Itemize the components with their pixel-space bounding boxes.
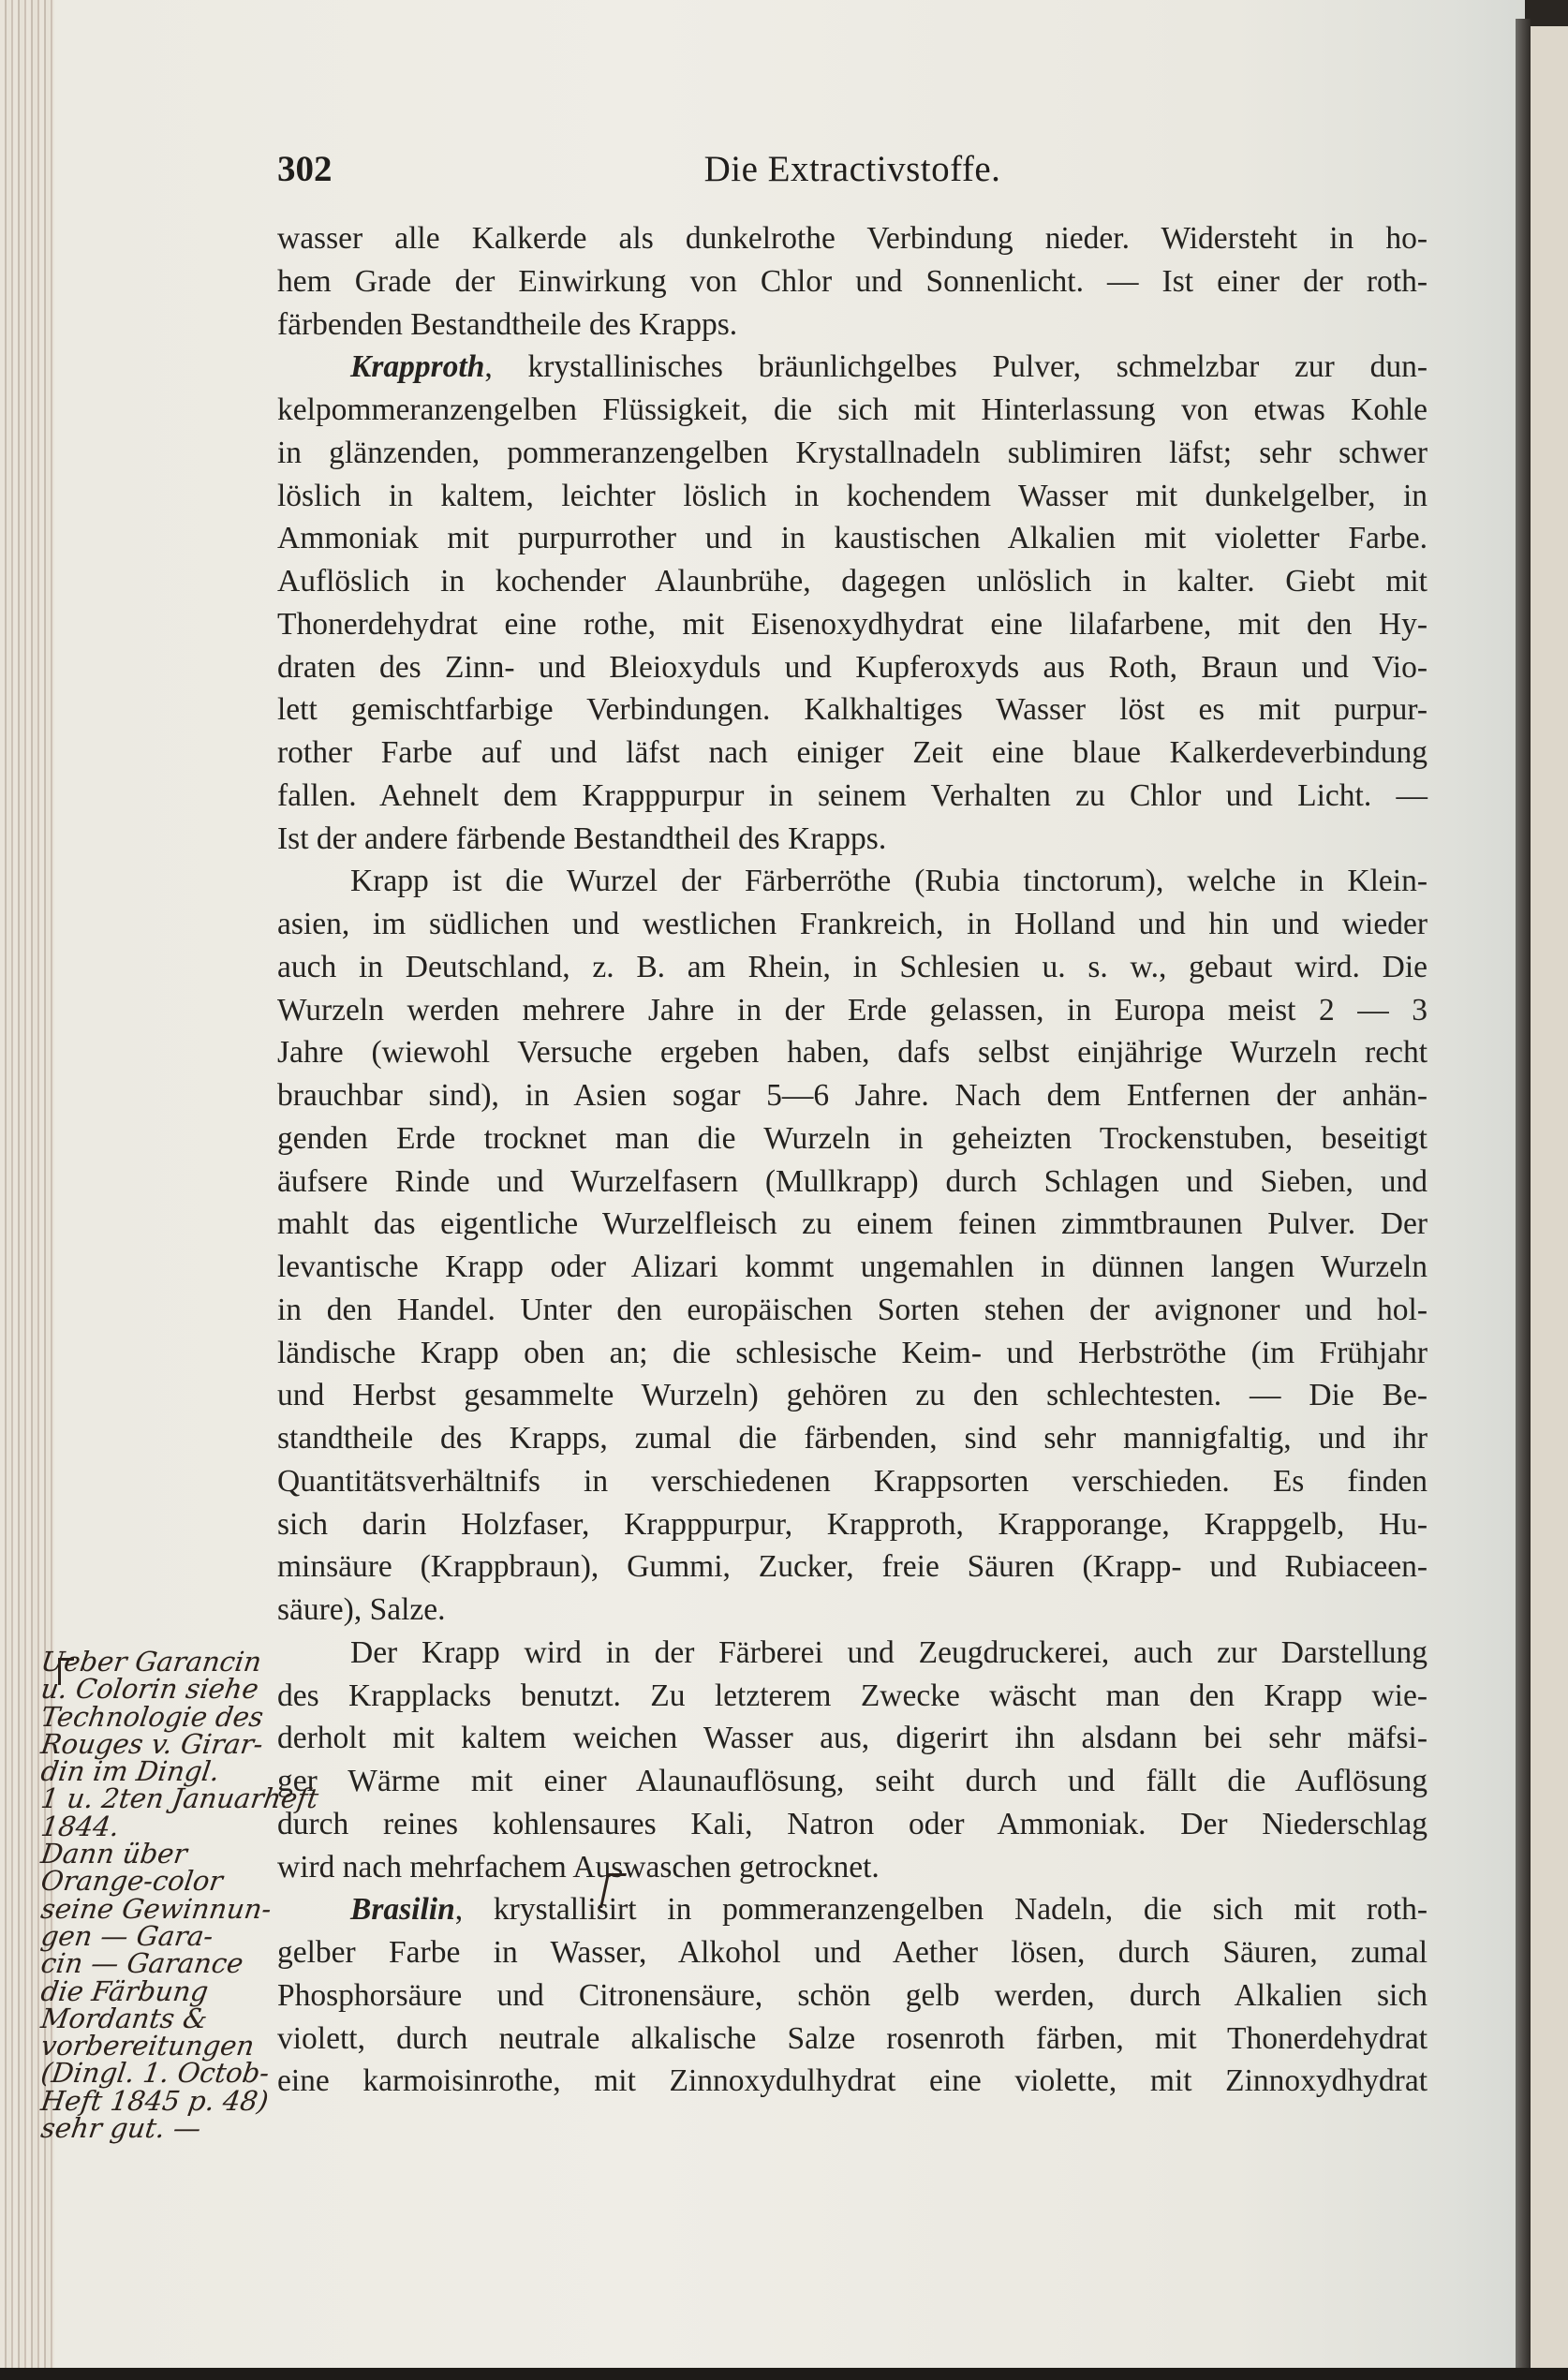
margin-note-line: seine Gewinnun- [39,1896,324,1923]
line-text: brauchbar sind), in Asien sogar 5—6 Jahr… [277,1078,1427,1113]
scan-background [0,2368,1568,2380]
text-line: Ist der andere färbende Bestandtheil des… [277,818,1427,861]
text-line: Der Krapp wird in der Färberei und Zeugd… [277,1632,1427,1675]
margin-note-line: 1 u. 2ten Januarheft [39,1785,324,1812]
line-text: Jahre (wiewohl Versuche ergeben haben, d… [277,1035,1427,1070]
line-text: fallen. Aehnelt dem Krapppurpur in seine… [277,778,1427,813]
text-line: ländische Krapp oben an; die schlesische… [277,1332,1427,1375]
text-line: in glänzenden, pommeranzengelben Krystal… [277,432,1427,475]
line-text: färbenden Bestandtheile des Krapps. [277,307,737,342]
text-line: brauchbar sind), in Asien sogar 5—6 Jahr… [277,1074,1427,1117]
line-text: standtheile des Krapps, zumal die färben… [277,1421,1427,1456]
text-line: wasser alle Kalkerde als dunkelrothe Ver… [277,217,1427,260]
margin-note-line: Heft 1845 p. 48) [39,2088,324,2115]
body-text: wasser alle Kalkerde als dunkelrothe Ver… [277,217,1427,2103]
line-text: sich darin Holzfaser, Krapppurpur, Krapp… [277,1507,1427,1542]
text-line: wird nach mehrfachem Auswaschen getrockn… [277,1846,1427,1889]
text-line: äufsere Rinde und Wurzelfasern (Mullkrap… [277,1160,1427,1204]
text-line: auch in Deutschland, z. B. am Rhein, in … [277,946,1427,989]
line-text: kelpommeranzengelben Flüssigkeit, die si… [277,392,1427,427]
line-text: Ammoniak mit purpurrother und in kaustis… [277,521,1427,555]
line-text: und Herbst gesammelte Wurzeln) gehören z… [277,1378,1427,1412]
margin-note-line: 1844. [39,1813,324,1840]
line-text: löslich in kaltem, leichter löslich in k… [277,479,1427,513]
text-line: Krapproth, krystallinisches bräunlichgel… [277,346,1427,389]
line-text: asien, im südlichen und westlichen Frank… [277,907,1427,941]
margin-note-line: gen — Gara- [39,1923,324,1950]
line-text: hem Grade der Einwirkung von Chlor und S… [277,264,1427,299]
line-text: minsäure (Krappbraun), Gummi, Zucker, fr… [277,1549,1427,1584]
text-line: rother Farbe auf und läfst nach einiger … [277,732,1427,775]
margin-note-line: die Färbung [39,1978,324,2005]
facing-page-edge [1531,26,1568,2380]
text-line: draten des Zinn- und Bleioxyduls und Kup… [277,646,1427,689]
defined-term: Krapproth [350,349,484,384]
text-line: Jahre (wiewohl Versuche ergeben haben, d… [277,1031,1427,1074]
text-line: färbenden Bestandtheile des Krapps. [277,303,1427,347]
text-line: Thonerdehydrat eine rothe, mit Eisenoxyd… [277,603,1427,646]
text-line: violett, durch neutrale alkalische Salze… [277,2018,1427,2061]
line-text: , krystallinisches bräunlichgelbes Pulve… [484,349,1427,384]
running-head: 302 Die Extractivstoffe. [277,148,1427,195]
line-text: derholt mit kaltem weichen Wasser aus, d… [277,1721,1427,1755]
text-line: in den Handel. Unter den europäischen So… [277,1289,1427,1332]
line-text: genden Erde trocknet man die Wurzeln in … [277,1121,1427,1156]
line-text: Auflöslich in kochender Alaunbrühe, dage… [277,564,1427,599]
line-text: in den Handel. Unter den europäischen So… [277,1293,1427,1327]
line-text: levantische Krapp oder Alizari kommt ung… [277,1249,1427,1284]
gutter-shadow [1516,19,1531,2379]
margin-note-line: sehr gut. — [39,2115,324,2142]
line-text: draten des Zinn- und Bleioxyduls und Kup… [277,650,1427,685]
line-text: wird nach mehrfachem Auswaschen getrockn… [277,1850,880,1885]
margin-note-line: u. Colorin siehe [39,1676,324,1703]
handwritten-bracket-mark [58,1658,74,1685]
line-text: gelber Farbe in Wasser, Alkohol und Aeth… [277,1935,1427,1970]
margin-note-line: Rouges v. Girar- [39,1731,324,1758]
line-text: Krapp ist die Wurzel der Färberröthe (Ru… [350,864,1427,898]
line-text: Der Krapp wird in der Färberei und Zeugd… [350,1635,1427,1670]
text-line: fallen. Aehnelt dem Krapppurpur in seine… [277,775,1427,818]
text-line: sich darin Holzfaser, Krapppurpur, Krapp… [277,1503,1427,1546]
line-text: Wurzeln werden mehrere Jahre in der Erde… [277,993,1427,1027]
text-line: Krapp ist die Wurzel der Färberröthe (Ru… [277,860,1427,903]
line-text: in glänzenden, pommeranzengelben Krystal… [277,436,1427,470]
text-line: asien, im südlichen und westlichen Frank… [277,903,1427,946]
text-line: löslich in kaltem, leichter löslich in k… [277,475,1427,518]
text-line: hem Grade der Einwirkung von Chlor und S… [277,260,1427,303]
text-line: Quantitätsverhältnifs in verschiedenen K… [277,1460,1427,1503]
margin-note-line: (Dingl. 1. Octob- [39,2060,324,2087]
line-text: Phosphorsäure und Citronensäure, schön g… [277,1978,1427,2013]
line-text: auch in Deutschland, z. B. am Rhein, in … [277,950,1427,984]
line-text: ger Wärme mit einer Alaunauflösung, seih… [277,1764,1427,1798]
line-text: säure), Salze. [277,1592,446,1627]
line-text: mahlt das eigentliche Wurzelfleisch zu e… [277,1206,1427,1241]
line-text: eine karmoisinrothe, mit Zinnoxydulhydra… [277,2063,1427,2098]
margin-note-line: Orange-color [39,1868,324,1895]
text-line: Ammoniak mit purpurrother und in kaustis… [277,517,1427,560]
text-line: standtheile des Krapps, zumal die färben… [277,1417,1427,1460]
text-line: minsäure (Krappbraun), Gummi, Zucker, fr… [277,1545,1427,1589]
text-line: levantische Krapp oder Alizari kommt ung… [277,1246,1427,1289]
text-line: Brasilin, krystallisirt in pommeranzenge… [277,1888,1427,1931]
line-text: rother Farbe auf und läfst nach einiger … [277,735,1427,770]
margin-note-line: Mordants & [39,2005,324,2033]
margin-note-line: Ueber Garancin [39,1648,324,1676]
line-text: violett, durch neutrale alkalische Salze… [277,2021,1427,2056]
text-line: lett gemischtfarbige Verbindungen. Kalkh… [277,688,1427,732]
text-line: des Krapplacks benutzt. Zu letzterem Zwe… [277,1675,1427,1718]
line-text: ländische Krapp oben an; die schlesische… [277,1336,1427,1370]
defined-term: Brasilin [350,1892,455,1927]
line-text: Ist der andere färbende Bestandtheil des… [277,821,886,856]
line-text: lett gemischtfarbige Verbindungen. Kalkh… [277,692,1427,727]
text-line: säure), Salze. [277,1589,1427,1632]
text-line: derholt mit kaltem weichen Wasser aus, d… [277,1717,1427,1760]
text-line: eine karmoisinrothe, mit Zinnoxydulhydra… [277,2060,1427,2103]
text-line: durch reines kohlensaures Kali, Natron o… [277,1803,1427,1846]
text-line: Wurzeln werden mehrere Jahre in der Erde… [277,989,1427,1032]
text-line: kelpommeranzengelben Flüssigkeit, die si… [277,389,1427,432]
margin-note-line: cin — Garance [39,1950,324,1977]
margin-note-line: Dann über [39,1840,324,1868]
running-title: Die Extractivstoffe. [277,148,1427,190]
line-text: Quantitätsverhältnifs in verschiedenen K… [277,1464,1427,1499]
line-text: äufsere Rinde und Wurzelfasern (Mullkrap… [277,1164,1427,1199]
margin-note-line: Technologie des [39,1704,324,1731]
text-line: und Herbst gesammelte Wurzeln) gehören z… [277,1374,1427,1417]
text-line: gelber Farbe in Wasser, Alkohol und Aeth… [277,1931,1427,1974]
text-line: Phosphorsäure und Citronensäure, schön g… [277,1974,1427,2018]
line-text: des Krapplacks benutzt. Zu letzterem Zwe… [277,1678,1427,1713]
line-text: Thonerdehydrat eine rothe, mit Eisenoxyd… [277,607,1427,642]
text-line: mahlt das eigentliche Wurzelfleisch zu e… [277,1203,1427,1246]
handwritten-margin-note: Ueber Garancinu. Colorin sieheTechnologi… [41,1648,322,2142]
text-line: genden Erde trocknet man die Wurzeln in … [277,1117,1427,1160]
line-text: durch reines kohlensaures Kali, Natron o… [277,1807,1427,1841]
line-text: wasser alle Kalkerde als dunkelrothe Ver… [277,221,1427,256]
text-line: Auflöslich in kochender Alaunbrühe, dage… [277,560,1427,603]
text-line: ger Wärme mit einer Alaunauflösung, seih… [277,1760,1427,1803]
